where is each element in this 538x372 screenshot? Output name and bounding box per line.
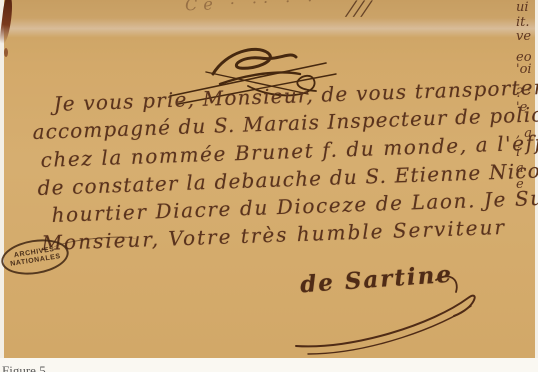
edge-fragment: 'oi <box>516 62 538 77</box>
binding-ink-dot <box>4 48 8 57</box>
edge-fragment: ? ' <box>516 86 538 101</box>
figure-of-manuscript-letter: Ce · ·· · · /// Je vous prie, Monsieur, … <box>0 0 538 372</box>
slash-mark: /// <box>344 0 376 20</box>
edge-fragment: it. <box>516 15 538 30</box>
edge-fragment: i <box>516 145 538 160</box>
edge-fragment: , a <box>516 126 538 141</box>
cut-off-header-fragment: Ce · ·· · · <box>185 0 319 14</box>
caption-strip: Figure 5. <box>0 358 538 372</box>
edge-fragment: e <box>516 177 538 192</box>
flourish-strokes <box>278 262 508 358</box>
edge-fragment: ve <box>516 29 538 44</box>
signature-flourish <box>278 262 508 358</box>
edge-fragment: a <box>516 161 538 176</box>
edge-fragment: 'e <box>516 100 538 115</box>
figure-caption: Figure 5. <box>2 363 49 372</box>
manuscript-photo: Ce · ·· · · /// Je vous prie, Monsieur, … <box>0 0 538 358</box>
edge-fragment: ui <box>516 0 538 15</box>
